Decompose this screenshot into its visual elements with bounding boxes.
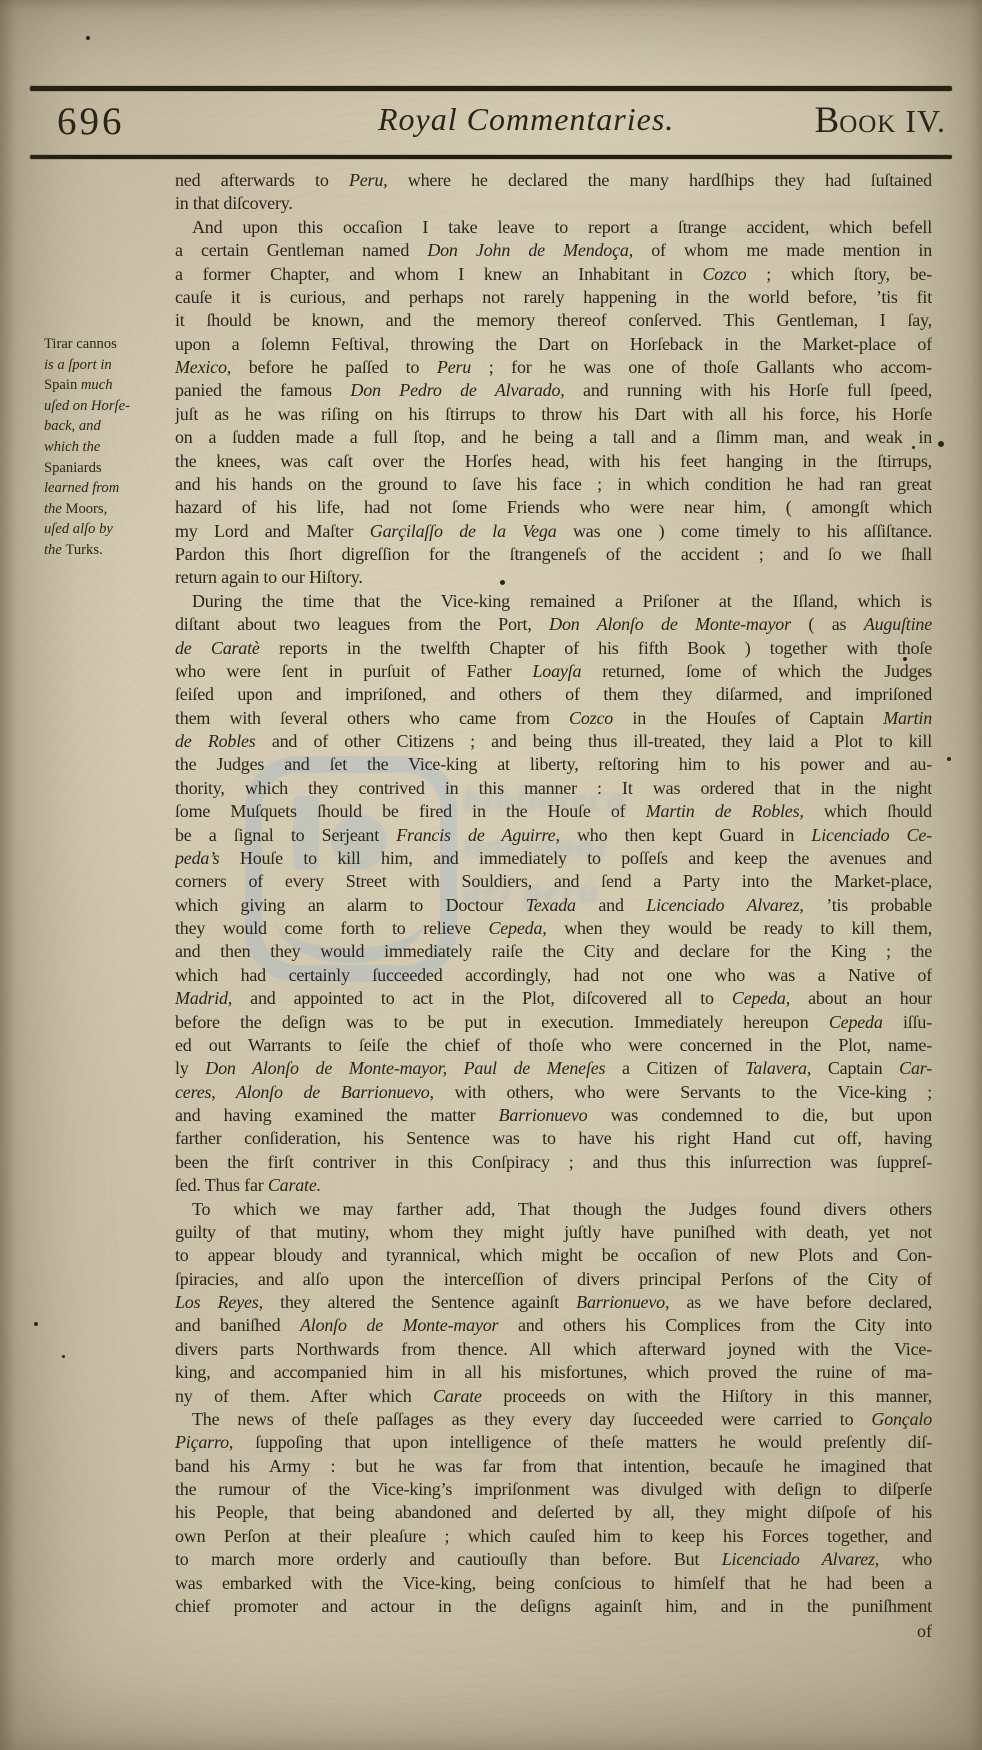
book-number: IV. <box>896 103 946 139</box>
text-line: Los Reyes, they altered the Sentence aga… <box>175 1291 932 1314</box>
book-label-initial: B <box>815 100 840 141</box>
text-line: them with ſeveral others who came from C… <box>175 707 932 730</box>
text-line: hazard of his life, had not ſome Friends… <box>175 496 932 519</box>
text-line: be a ſignal to Serjeant Francis de Aguir… <box>175 824 932 847</box>
text-line: ly Don Alonſo de Monte-mayor, Paul de Me… <box>175 1057 932 1080</box>
text-line: they would come forth to relieve Cepeda,… <box>175 917 932 940</box>
text-line: thority, which they contrived in this ma… <box>175 777 932 800</box>
ink-speck <box>500 580 505 585</box>
text-line: own Perſon at their pleaſure ; which cau… <box>175 1525 932 1548</box>
text-line: panied the famous Don Pedro de Alvarado,… <box>175 379 932 402</box>
text-line: de Robles and of other Citizens ; and be… <box>175 730 932 753</box>
text-line: ſeiſed upon and impriſoned, and others o… <box>175 683 932 706</box>
text-line: his People, that being abandoned and deſ… <box>175 1501 932 1524</box>
text-line: the Judges and ſet the Vice-king at libe… <box>175 753 932 776</box>
text-line: Mexico, before he paſſed to Peru ; for h… <box>175 356 932 379</box>
text-line: farther conſideration, his Sentence was … <box>175 1127 932 1150</box>
text-line: uſed on Horſe- <box>44 396 176 417</box>
text-line: ny of them. After which Carate proceeds … <box>175 1385 932 1408</box>
text-line: ceres, Alonſo de Barrionuevo, with other… <box>175 1081 932 1104</box>
margin-note: Tirar cannosis a ſport inSpain muchuſed … <box>44 334 176 561</box>
text-line: and then they would immediately raiſe th… <box>175 940 932 963</box>
text-line: de Caratè reports in the twelfth Chapter… <box>175 637 932 660</box>
text-line: ned afterwards to Peru, where he declare… <box>175 169 932 192</box>
text-line: divers parts Northwards from thence. All… <box>175 1338 932 1361</box>
text-line: a former Chapter, and whom I knew an Inh… <box>175 263 932 286</box>
text-line: ed out Warrants to ſeiſe the chief of th… <box>175 1034 932 1057</box>
text-line: Spain much <box>44 375 176 396</box>
body-text: ned afterwards to Peru, where he declare… <box>175 169 932 1618</box>
page-number: 696 <box>57 99 125 144</box>
text-line: which giving an alarm to Doctour Texada … <box>175 894 932 917</box>
ink-speck <box>938 441 944 447</box>
text-line: which had certainly ſucceeded accordingl… <box>175 964 932 987</box>
text-line: learned from <box>44 478 176 499</box>
text-line: the rumour of the Vice-king’s impriſonme… <box>175 1478 932 1501</box>
text-line: the Turks. <box>44 540 176 561</box>
text-line: During the time that the Vice-king remai… <box>175 590 932 613</box>
ink-speck <box>86 36 90 40</box>
text-line: cauſe it is curious, and perhaps not rar… <box>175 286 932 309</box>
text-line: and his hands on the ground to ſave his … <box>175 473 932 496</box>
book-page: 696 Royal Commentaries. BOOK IV. bibliot… <box>0 0 982 1750</box>
text-line: upon a ſolemn Feſtival, throwing the Dar… <box>175 333 932 356</box>
ink-speck <box>903 657 907 661</box>
header-rule-top <box>30 86 952 91</box>
ink-speck <box>947 757 951 761</box>
text-line: a certain Gentleman named Don John de Me… <box>175 239 932 262</box>
text-line: ſed. Thus far Carate. <box>175 1174 932 1197</box>
running-title: Royal Commentaries. <box>378 101 674 138</box>
ink-speck <box>912 446 915 449</box>
text-line: juſt as he was riſing on his ſtirrups to… <box>175 403 932 426</box>
text-line: peda’s Houſe to kill him, and immediatel… <box>175 847 932 870</box>
text-line: ſpiracies, and alſo upon the interceſſio… <box>175 1268 932 1291</box>
text-line: been the firſt contriver in this Conſpir… <box>175 1151 932 1174</box>
text-line: to march more orderly and cautiouſly tha… <box>175 1548 932 1571</box>
text-line: on a ſudden made a full ſtop, and he bei… <box>175 426 932 449</box>
header-rule-bottom <box>30 155 952 159</box>
text-line: return again to our Hiſtory. <box>175 566 932 589</box>
text-line: Madrid, and appointed to act in the Plot… <box>175 987 932 1010</box>
text-line: before the deſign was to be put in execu… <box>175 1011 932 1034</box>
text-line: my Lord and Maſter Garçilaſſo de la Vega… <box>175 520 932 543</box>
text-line: uſed alſo by <box>44 519 176 540</box>
text-line: guilty of that mutiny, whom they might j… <box>175 1221 932 1244</box>
text-line: to appear bloudy and tyrannical, which m… <box>175 1244 932 1267</box>
text-line: was embarked with the Vice-king, being c… <box>175 1572 932 1595</box>
text-line: Spaniards <box>44 458 176 479</box>
text-line: and having examined the matter Barrionue… <box>175 1104 932 1127</box>
text-line: in that diſcovery. <box>175 192 932 215</box>
text-line: who were ſent in purſuit of Father Loayſ… <box>175 660 932 683</box>
text-line: the knees, was caſt over the Horſes head… <box>175 450 932 473</box>
text-line: ſome Muſquets ſhould be fired in the Hou… <box>175 800 932 823</box>
text-line: band his Army : but he was far from that… <box>175 1455 932 1478</box>
ink-speck <box>34 1322 38 1326</box>
text-line: is a ſport in <box>44 355 176 376</box>
book-label-smallcaps: OOK <box>839 111 896 138</box>
text-line: chief promoter and actour in the deſigns… <box>175 1595 932 1618</box>
ink-speck <box>62 1355 65 1358</box>
text-line: the Moors, <box>44 499 176 520</box>
text-line: and baniſhed Alonſo de Monte-mayor and o… <box>175 1314 932 1337</box>
text-line: corners of every Street with Souldiers, … <box>175 870 932 893</box>
text-line: Pardon this ſhort digreſſion for the ſtr… <box>175 543 932 566</box>
catchword: of <box>175 1621 932 1642</box>
text-line: king, and accompanied him in all his mis… <box>175 1361 932 1384</box>
text-line: And upon this occaſion I take leave to r… <box>175 216 932 239</box>
text-line: The news of theſe paſſages as they every… <box>175 1408 932 1431</box>
book-label: BOOK IV. <box>815 99 947 142</box>
text-line: Piçarro, ſuppoſing that upon intelligenc… <box>175 1431 932 1454</box>
text-line: which the <box>44 437 176 458</box>
text-line: To which we may farther add, That though… <box>175 1198 932 1221</box>
text-line: it ſhould be known, and the memory there… <box>175 309 932 332</box>
text-line: diſtant about two leagues from the Port,… <box>175 613 932 636</box>
text-line: back, and <box>44 416 176 437</box>
text-line: Tirar cannos <box>44 334 176 355</box>
